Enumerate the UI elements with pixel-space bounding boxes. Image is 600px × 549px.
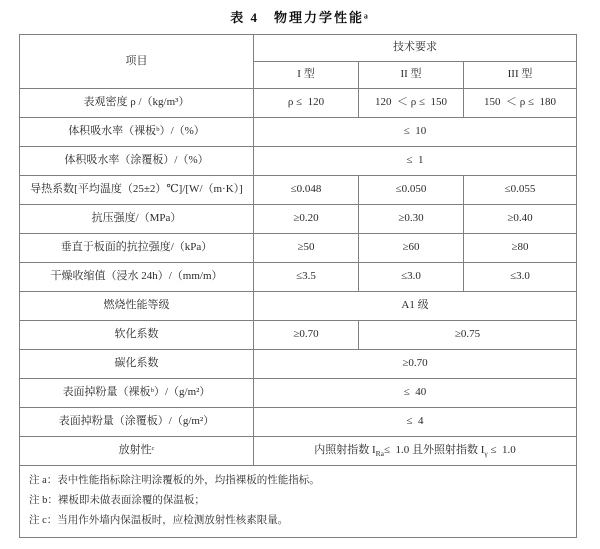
- table-row-softening-coefficient: 软化系数 ≥0.70 ≥0.75: [20, 321, 577, 350]
- item-label: 垂直于板面的抗拉强度/（kPa）: [20, 234, 254, 263]
- item-label: 体积吸水率（涂覆板）/（%）: [20, 147, 254, 176]
- item-label: 放射性ᶜ: [20, 437, 254, 466]
- note-c: 注 c：当用作外墙内保温板时，应检测放射性核素限量。: [29, 511, 567, 531]
- notes-cell: 注 a：表中性能指标除注明涂覆板的外，均指裸板的性能指标。 注 b：裸板即未做表…: [20, 466, 577, 538]
- header-tech-requirements: 技术要求: [254, 35, 577, 62]
- table-title: 表 4 物理力学性能ᵃ: [0, 0, 600, 26]
- value-cell: ρ ≤ 120: [254, 89, 359, 118]
- radioactivity-value-cell: 内照射指数 IRa≤ 1.0 且外照射指数 Iγ ≤ 1.0: [254, 437, 577, 466]
- item-label: 干燥收缩值（浸水 24h）/（mm/m）: [20, 263, 254, 292]
- item-label: 表观密度 ρ /（kg/m³）: [20, 89, 254, 118]
- value-cell: ≥0.75: [359, 321, 577, 350]
- table-row-drying-shrinkage: 干燥收缩值（浸水 24h）/（mm/m） ≤3.5 ≤3.0 ≤3.0: [20, 263, 577, 292]
- header-item: 项目: [20, 35, 254, 89]
- value-cell: 120 ＜ ρ ≤ 150: [359, 89, 464, 118]
- table-row-powder-loss-coated: 表面掉粉量（涂覆板）/（g/m²） ≤ 4: [20, 408, 577, 437]
- value-cell: ≥0.70: [254, 350, 577, 379]
- table-row-combustion-grade: 燃烧性能等级 A1 级: [20, 292, 577, 321]
- value-cell: ≥0.30: [359, 205, 464, 234]
- table-row-compressive-strength: 抗压强度/（MPa） ≥0.20 ≥0.30 ≥0.40: [20, 205, 577, 234]
- table-row-tensile-strength: 垂直于板面的抗拉强度/（kPa） ≥50 ≥60 ≥80: [20, 234, 577, 263]
- value-cell: ≥0.70: [254, 321, 359, 350]
- header-row-1: 项目 技术要求: [20, 35, 577, 62]
- radioactivity-suffix: ≤ 1.0: [488, 444, 516, 456]
- table-row-thermal-conductivity: 导热系数[平均温度（25±2）℃]/[W/（m·K）] ≤0.048 ≤0.05…: [20, 176, 577, 205]
- item-label: 表面掉粉量（裸板ᵇ）/（g/m²）: [20, 379, 254, 408]
- value-cell: ≤ 4: [254, 408, 577, 437]
- value-cell: ≥80: [464, 234, 577, 263]
- item-label: 体积吸水率（裸板ᵇ）/（%）: [20, 118, 254, 147]
- radioactivity-prefix: 内照射指数 I: [314, 444, 375, 456]
- value-cell: 150 ＜ ρ ≤ 180: [464, 89, 577, 118]
- table-row-water-absorption-bare: 体积吸水率（裸板ᵇ）/（%） ≤ 10: [20, 118, 577, 147]
- item-label: 表面掉粉量（涂覆板）/（g/m²）: [20, 408, 254, 437]
- radioactivity-internal-index-subscript: Ra: [376, 449, 384, 458]
- value-cell: ≥60: [359, 234, 464, 263]
- note-a: 注 a：表中性能指标除注明涂覆板的外，均指裸板的性能指标。: [29, 471, 567, 491]
- table-row-powder-loss-bare: 表面掉粉量（裸板ᵇ）/（g/m²） ≤ 40: [20, 379, 577, 408]
- item-label: 燃烧性能等级: [20, 292, 254, 321]
- header-type-3: III 型: [464, 62, 577, 89]
- document-page: 表 4 物理力学性能ᵃ 项目 技术要求 I 型 II 型 III 型 表观密度 …: [0, 0, 600, 549]
- value-cell: ≤3.0: [464, 263, 577, 292]
- radioactivity-middle: ≤ 1.0 且外照射指数 I: [384, 444, 484, 456]
- value-cell: ≤ 10: [254, 118, 577, 147]
- value-cell: ≤0.055: [464, 176, 577, 205]
- value-cell: ≤3.0: [359, 263, 464, 292]
- header-type-2: II 型: [359, 62, 464, 89]
- item-label: 导热系数[平均温度（25±2）℃]/[W/（m·K）]: [20, 176, 254, 205]
- table-notes-row: 注 a：表中性能指标除注明涂覆板的外，均指裸板的性能指标。 注 b：裸板即未做表…: [20, 466, 577, 538]
- value-cell: ≥0.40: [464, 205, 577, 234]
- value-cell: ≤0.050: [359, 176, 464, 205]
- value-cell: ≤ 1: [254, 147, 577, 176]
- note-b: 注 b：裸板即未做表面涂覆的保温板；: [29, 491, 567, 511]
- value-cell: ≤ 40: [254, 379, 577, 408]
- header-type-1: I 型: [254, 62, 359, 89]
- value-cell: ≤3.5: [254, 263, 359, 292]
- item-label: 碳化系数: [20, 350, 254, 379]
- value-cell: ≥0.20: [254, 205, 359, 234]
- table-row-carbonization-coefficient: 碳化系数 ≥0.70: [20, 350, 577, 379]
- value-cell: ≤0.048: [254, 176, 359, 205]
- value-cell: A1 级: [254, 292, 577, 321]
- table-row-water-absorption-coated: 体积吸水率（涂覆板）/（%） ≤ 1: [20, 147, 577, 176]
- item-label: 软化系数: [20, 321, 254, 350]
- physical-mechanical-properties-table: 项目 技术要求 I 型 II 型 III 型 表观密度 ρ /（kg/m³） ρ…: [19, 34, 577, 538]
- table-row-density: 表观密度 ρ /（kg/m³） ρ ≤ 120 120 ＜ ρ ≤ 150 15…: [20, 89, 577, 118]
- item-label: 抗压强度/（MPa）: [20, 205, 254, 234]
- table-row-radioactivity: 放射性ᶜ 内照射指数 IRa≤ 1.0 且外照射指数 Iγ ≤ 1.0: [20, 437, 577, 466]
- value-cell: ≥50: [254, 234, 359, 263]
